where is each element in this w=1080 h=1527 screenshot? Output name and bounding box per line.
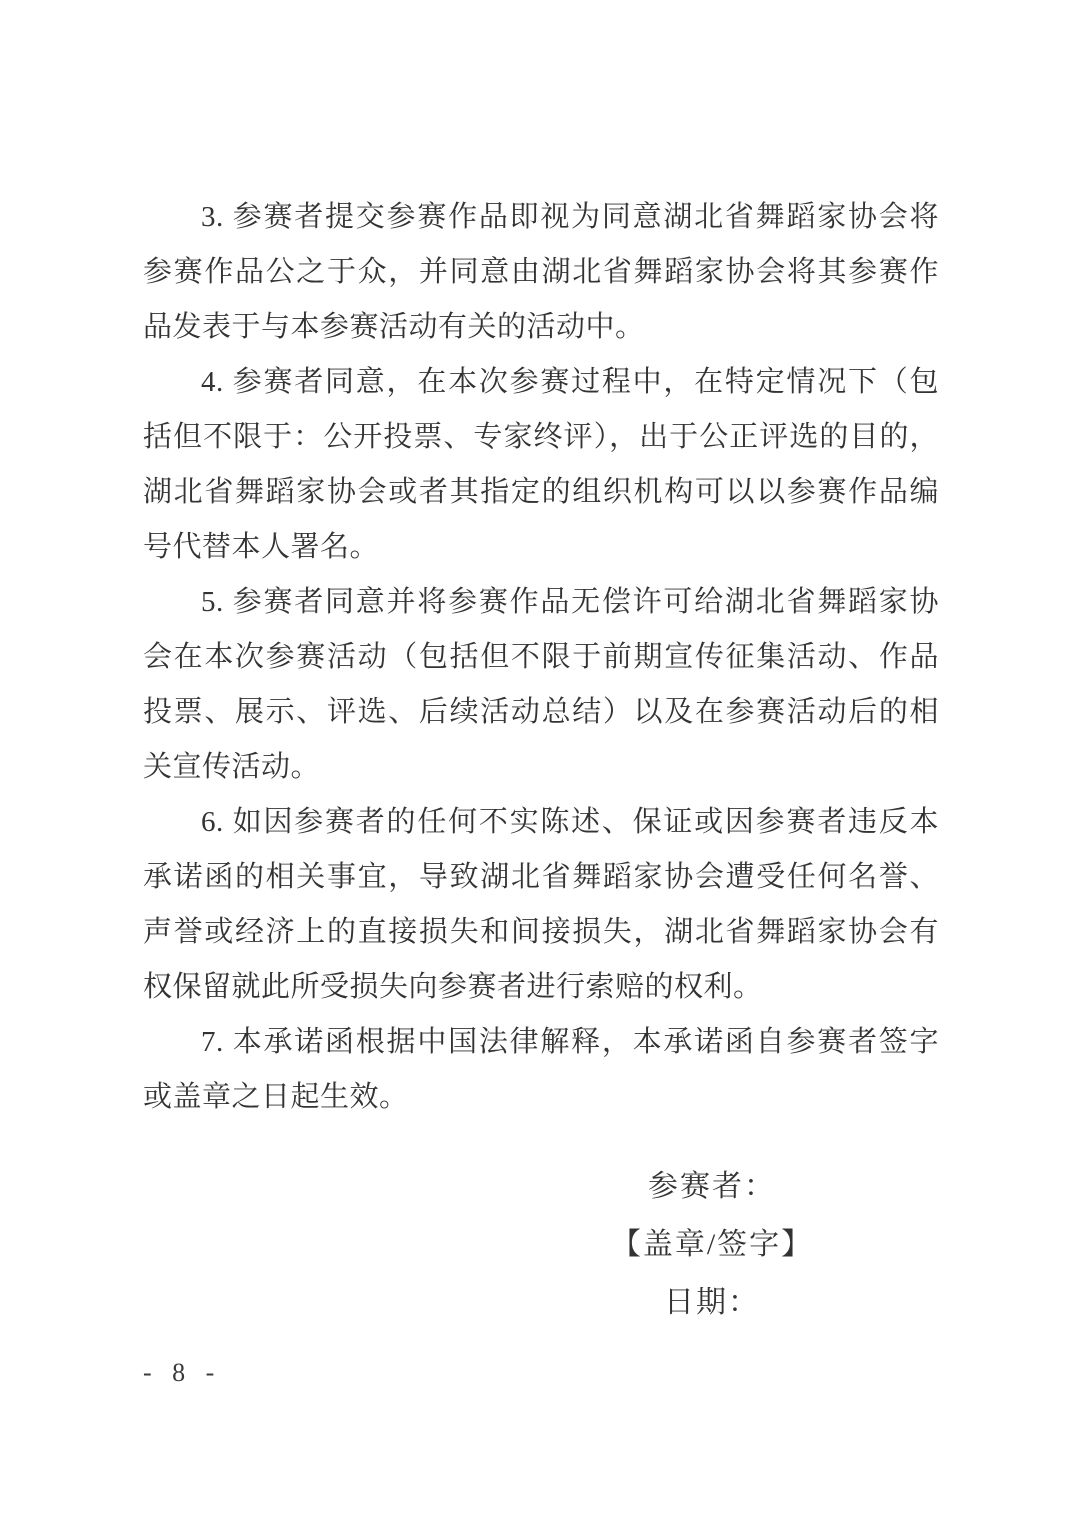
paragraph-clause-3: 3. 参赛者提交参赛作品即视为同意湖北省舞蹈家协会将参赛作品公之于众，并同意由湖…	[143, 190, 939, 355]
paragraph-clause-5: 5. 参赛者同意并将参赛作品无偿许可给湖北省舞蹈家协会在本次参赛活动（包括但不限…	[143, 575, 939, 795]
terms-paragraphs: 3. 参赛者提交参赛作品即视为同意湖北省舞蹈家协会将参赛作品公之于众，并同意由湖…	[143, 190, 939, 1125]
seal-sign-label: 【盖章/签字】	[572, 1216, 852, 1274]
date-label: 日期：	[572, 1274, 852, 1332]
participant-label: 参赛者：	[572, 1158, 852, 1216]
paragraph-clause-4: 4. 参赛者同意，在本次参赛过程中，在特定情况下（包括但不限于：公开投票、专家终…	[143, 355, 939, 575]
page-number: - 8 -	[143, 1358, 221, 1388]
signature-block: 参赛者： 【盖章/签字】 日期：	[572, 1158, 852, 1332]
paragraph-clause-6: 6. 如因参赛者的任何不实陈述、保证或因参赛者违反本承诺函的相关事宜，导致湖北省…	[143, 795, 939, 1015]
paragraph-clause-7: 7. 本承诺函根据中国法律解释，本承诺函自参赛者签字或盖章之日起生效。	[143, 1015, 939, 1125]
document-page: 3. 参赛者提交参赛作品即视为同意湖北省舞蹈家协会将参赛作品公之于众，并同意由湖…	[0, 0, 1080, 1527]
